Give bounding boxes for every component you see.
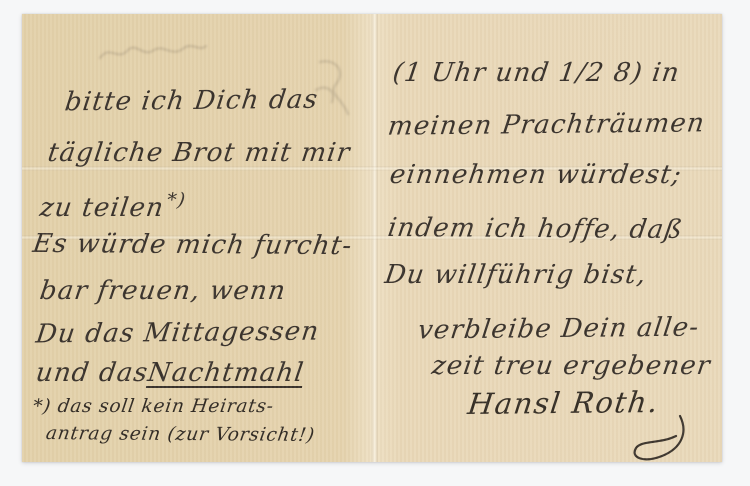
- letter-line: bitte ich Dich das: [65, 85, 319, 118]
- letter-line: Du willführig bist,: [385, 260, 647, 290]
- footnote-marker: *): [166, 190, 188, 211]
- underlined-word: Nachtmahl: [146, 358, 306, 388]
- photo-background: bitte ich Dich das tägliche Brot mit mir…: [0, 0, 750, 486]
- footnote-line: *) das soll kein Heirats-: [33, 396, 274, 417]
- letter-line: Du das Mittagessen: [36, 317, 320, 350]
- letter-line: (1 Uhr und 1/2 8) in: [393, 58, 680, 88]
- letter-line: Es würde mich furcht-: [33, 229, 353, 261]
- signature-flourish: [602, 414, 712, 466]
- letter-paper: bitte ich Dich das tägliche Brot mit mir…: [22, 14, 722, 462]
- vertical-fold-crease: [371, 14, 378, 462]
- letter-line: bar freuen, wenn: [40, 276, 286, 306]
- letter-line: meinen Prachträumen: [388, 108, 705, 141]
- letter-line: und das Nachtmahl: [36, 358, 304, 388]
- letter-line: verbleibe Dein alle-: [418, 313, 700, 346]
- letter-line: tägliche Brot mit mir: [48, 138, 350, 168]
- letter-line: indem ich hoffe, daß: [388, 213, 683, 245]
- letter-line: einnehmen würdest;: [390, 160, 682, 190]
- letter-line: zu teilen*): [40, 190, 186, 223]
- footnote-line: antrag sein (zur Vorsicht!): [46, 423, 315, 446]
- ink-bleedthrough-mark: [92, 32, 212, 72]
- letter-line: zeit treu ergebener: [432, 351, 711, 381]
